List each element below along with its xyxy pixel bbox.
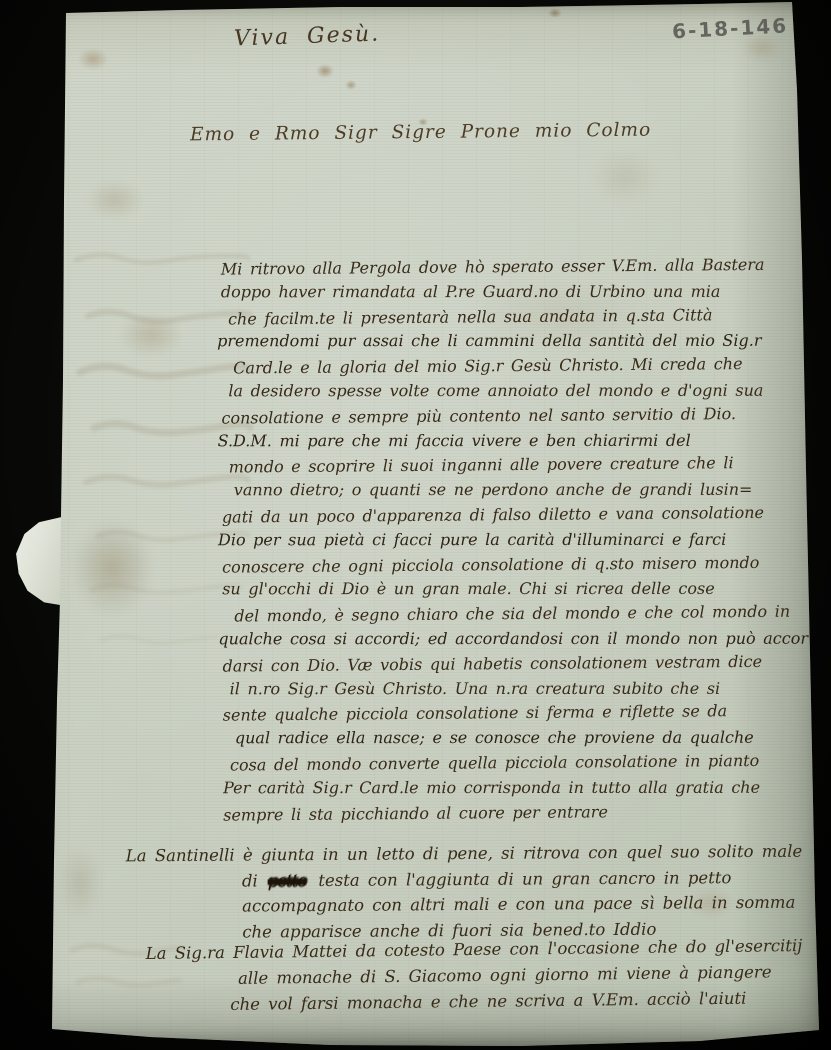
- manuscript-line: accompagnato con altri mali e con una pa…: [242, 890, 803, 919]
- manuscript-line: il n.ro Sig.r Gesù Christo. Una n.ra cre…: [230, 676, 819, 701]
- manuscript-line: vanno dietro; o quanti se ne perdono anc…: [234, 478, 818, 503]
- crossed-out-word: petto: [268, 871, 307, 890]
- manuscript-line: cosa del mondo converte quella picciola …: [230, 748, 819, 778]
- foxing-stain: [78, 48, 108, 70]
- manuscript-line: sente qualche picciola consolatione si f…: [223, 699, 819, 729]
- manuscript-line: qual radice ella nasce; e se conosce che…: [235, 726, 819, 751]
- archive-number: 6-18-146: [671, 13, 802, 44]
- manuscript-line: S.D.M. mi pare che mi faccia vivere e be…: [218, 428, 818, 453]
- body-paragraph-1: Mi ritrovo alla Pergola dove hò sperato …: [221, 254, 819, 827]
- line-segment: testa con l'aggiunta di un gran cancro i…: [318, 868, 731, 890]
- manuscript-line: del mondo, è segno chiaro che sia del mo…: [234, 600, 818, 630]
- manuscript-line: sempre li sta picchiando al cuore per en…: [223, 798, 819, 828]
- manuscript-page: 6-18-146 Viva Gesù. Emo e Rmo Sigr Sigre…: [0, 0, 831, 1050]
- torn-paper-flap: [14, 516, 66, 606]
- manuscript-line: mondo e scoprire li suoi inganni alle po…: [229, 451, 818, 481]
- manuscript-line: dipettotesta con l'aggiunta di un gran c…: [242, 864, 803, 893]
- manuscript-line: premendomi pur assai che li cammini dell…: [217, 329, 817, 354]
- manuscript-line: conoscere che ogni picciola consolatione…: [222, 550, 818, 580]
- foxing-stain: [58, 846, 102, 920]
- motto-heading: Viva Gesù.: [234, 21, 381, 51]
- manuscript-line: gati da un poco d'apparenza di falso dil…: [222, 500, 818, 530]
- manuscript-line: Mi ritrovo alla Pergola dove hò sperato …: [221, 252, 817, 282]
- manuscript-line: darsi con Dio. Væ vobis qui habetis cons…: [222, 649, 818, 679]
- photo-background: 6-18-146 Viva Gesù. Emo e Rmo Sigr Sigre…: [0, 0, 831, 1050]
- salutation-line: Emo e Rmo Sigr Sigre Prone mio Colmo: [190, 120, 651, 146]
- manuscript-line: qualche cosa si accordi; ed accordandosi…: [218, 627, 818, 652]
- line-segment: di: [242, 871, 258, 890]
- manuscript-line: consolatione e sempre più contento nel s…: [221, 401, 817, 431]
- body-paragraph-3: La Sig.ra Flavia Mattei da cotesto Paese…: [146, 933, 804, 1019]
- manuscript-line: che facilm.te li presentarà nella sua an…: [228, 302, 817, 332]
- manuscript-line: doppo haver rimandata al P.re Guard.no d…: [221, 280, 817, 305]
- manuscript-line: la desidero spesse volte come annoiato d…: [228, 379, 817, 404]
- foxing-stain: [548, 8, 562, 18]
- foxing-stain: [316, 64, 334, 78]
- manuscript-line: Dio per sua pietà ci facci pure la carit…: [218, 528, 818, 553]
- body-paragraph-2: La Santinelli è giunta in un letto di pe…: [126, 839, 803, 946]
- foxing-stain: [86, 180, 144, 220]
- foxing-stain: [345, 80, 357, 90]
- manuscript-line: Per carità Sig.r Card.le mio corrisponda…: [223, 775, 819, 800]
- foxing-stain: [590, 150, 660, 204]
- manuscript-line: Card.le e la gloria del mio Sig.r Gesù C…: [233, 352, 817, 382]
- manuscript-line: su gl'occhi di Dio è un gran male. Chi s…: [222, 577, 818, 602]
